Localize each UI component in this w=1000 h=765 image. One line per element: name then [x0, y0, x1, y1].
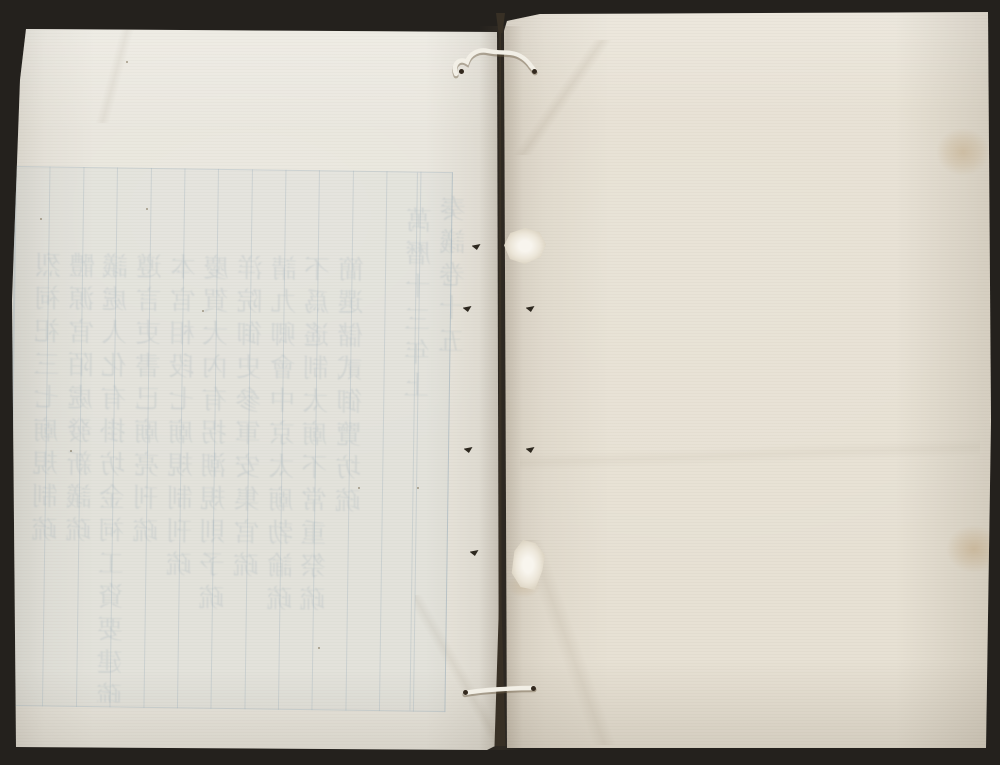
show-through-column: 請九卿會中京太廟勃諭疏 [262, 255, 296, 705]
show-through-title-separator [409, 173, 418, 711]
show-through-column: 不爲遙制太廟不常重祭疏 [295, 255, 329, 705]
paper-crease [520, 390, 980, 520]
show-through-column: 慶賀大內有拐潮規則予疏 [194, 254, 228, 704]
paper-crease [505, 40, 620, 155]
show-through-column: 奏議卷十五 [429, 195, 464, 707]
stain [946, 525, 1000, 573]
paper-crease [40, 28, 190, 123]
show-through-frame: 奏議卷十五萬曆十三年上簡選儲貳御覽坊疏不爲遙制太廟不常重祭疏請九卿會中京太廟勃諭… [7, 166, 452, 712]
show-through-columns: 奏議卷十五萬曆十三年上簡選儲貳御覽坊疏不爲遙制太廟不常重祭疏請九卿會中京太廟勃諭… [16, 167, 452, 173]
show-through-column: 本官相段七廟規制刊疏 [161, 253, 195, 703]
stain [507, 574, 541, 598]
paper-crease [415, 595, 499, 745]
show-through-column: 遵言吏書已廟亮刊疏 [127, 253, 161, 703]
show-through-column: 萬曆十三年上 [395, 206, 430, 706]
show-through-column: 洋院御史參軍安集官疏 [228, 254, 262, 704]
paper-crease [505, 540, 630, 745]
stain [936, 128, 990, 176]
show-through-column: 議處人化有掛坊金祠工資要建疏 [93, 252, 127, 702]
book-scan-photo: 奏議卷十五萬曆十三年上簡選儲貳御覽坊疏不爲遙制太廟不常重祭疏請九卿會中京太廟勃諭… [0, 0, 1000, 765]
show-through-column: 體源官陌處發新議疏 [60, 252, 94, 702]
show-through-column: 烈祠祀三七廟規制疏 [26, 251, 60, 701]
show-through-column: 簡選儲貳御覽坊疏 [328, 255, 362, 705]
